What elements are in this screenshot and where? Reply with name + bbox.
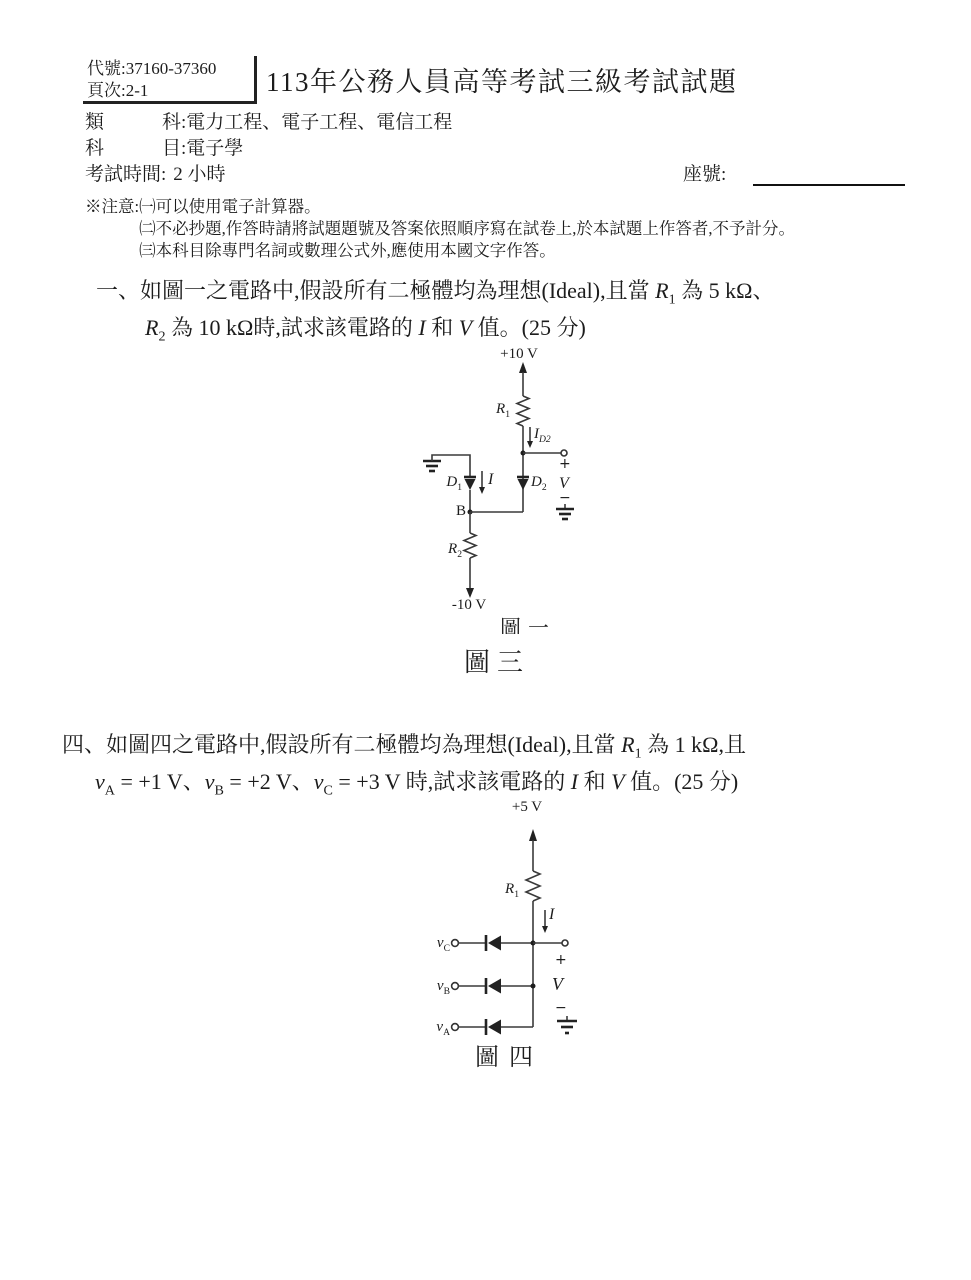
math-sub: C bbox=[323, 782, 332, 798]
math-var: v bbox=[205, 769, 215, 794]
category-row: 類科:電力工程、電子工程、電信工程 bbox=[85, 107, 452, 134]
text-run: = +3 V 時,試求該電路的 bbox=[333, 769, 571, 794]
diode-d1-label: D1 bbox=[444, 474, 462, 491]
supply-voltage-label: +10 V bbox=[489, 346, 549, 363]
time-row: 考試時間:2 小時 bbox=[85, 159, 226, 186]
math-sub: 2 bbox=[542, 482, 547, 493]
question-1-line-2: R2 為 10 kΩ時,試求該電路的 I 和 V 值。(25 分) bbox=[96, 309, 774, 346]
math-sub: 1 bbox=[635, 745, 642, 761]
resistor-icon bbox=[517, 396, 529, 426]
supply-voltage-label: -10 V bbox=[439, 597, 499, 614]
math-var: D bbox=[446, 474, 457, 490]
ground-icon bbox=[556, 509, 574, 519]
math-var: V bbox=[611, 769, 624, 794]
text-run: 值。(25 分) bbox=[472, 315, 586, 340]
text-run: = +2 V、 bbox=[224, 769, 314, 794]
text-run: 類 bbox=[85, 107, 104, 134]
notice-list: ㈠可以使用電子計算器。 ㈡不必抄題,作答時請將試題題號及答案依照順序寫在試卷上,… bbox=[139, 196, 795, 262]
terminal-circle bbox=[452, 940, 459, 947]
notice-block: ※注意: ㈠可以使用電子計算器。 ㈡不必抄題,作答時請將試題題號及答案依照順序寫… bbox=[85, 196, 795, 262]
text-run: 一、如圖一之電路中,假設所有二極體均為理想(Ideal),且當 bbox=[96, 278, 655, 303]
current-id2-label: ID2 bbox=[534, 426, 551, 443]
math-sub: 1 bbox=[505, 409, 510, 420]
arrow-up-icon bbox=[529, 829, 537, 841]
resistor-r1-label: R1 bbox=[485, 881, 519, 898]
resistor-icon bbox=[526, 871, 540, 901]
text-run: 為 1 kΩ,且 bbox=[642, 732, 746, 757]
text-run: 科 bbox=[85, 133, 104, 160]
figure-1-schematic bbox=[400, 344, 615, 689]
math-sub: B bbox=[444, 986, 450, 997]
ground-icon bbox=[423, 461, 441, 471]
time-label: 考試時間: bbox=[85, 164, 166, 185]
ground-icon bbox=[557, 1021, 577, 1033]
math-sub: 2 bbox=[457, 549, 462, 560]
math-sub: B bbox=[215, 782, 224, 798]
resistor-r1-label: R1 bbox=[474, 401, 510, 418]
resistor-r2-label: R2 bbox=[444, 541, 462, 558]
math-var: v bbox=[95, 769, 105, 794]
math-sub: C bbox=[444, 943, 450, 954]
text-run: 科 bbox=[162, 107, 181, 134]
notice-item: ㈢本科目除專門名詞或數理公式外,應使用本國文字作答。 bbox=[139, 240, 795, 262]
page-title: 113年公務人員高等考試三級考試試題 bbox=[266, 60, 738, 99]
category-value: 電力工程、電子工程、電信工程 bbox=[186, 112, 452, 133]
voltage-v-label: V bbox=[552, 975, 563, 995]
figure-4-circuit: +5 V R1 I vC vB vA + V − 圖四 bbox=[410, 794, 600, 1089]
math-sub: D2 bbox=[539, 434, 551, 445]
resistor-icon bbox=[464, 533, 476, 558]
diode-icon bbox=[486, 978, 501, 994]
minus-sign: − bbox=[555, 1001, 567, 1016]
terminal-circle bbox=[452, 983, 459, 990]
math-sub: A bbox=[105, 782, 115, 798]
text-run: 值。(25 分) bbox=[625, 769, 739, 794]
notice-item: ㈡不必抄題,作答時請將試題題號及答案依照順序寫在試卷上,於本試題上作答者,不予計… bbox=[139, 218, 795, 240]
plus-sign: + bbox=[559, 457, 571, 472]
math-sub: 1 bbox=[457, 482, 462, 493]
category-label: 類科 bbox=[85, 107, 181, 134]
supply-voltage-label: +5 V bbox=[497, 799, 557, 816]
text-run: 和 bbox=[426, 315, 459, 340]
math-var: V bbox=[459, 315, 472, 340]
math-sub: 2 bbox=[158, 328, 165, 344]
junction-dot bbox=[531, 984, 536, 989]
subject-row: 科目:電子學 bbox=[85, 133, 243, 160]
time-value: 2 小時 bbox=[173, 164, 225, 185]
math-sub: 1 bbox=[669, 291, 676, 307]
input-vc-label: vC bbox=[420, 935, 450, 952]
text-run: 目 bbox=[162, 133, 181, 160]
figure-1-circuit: +10 V R1 ID2 D1 I D2 B R2 -10 V + V − 圖一… bbox=[400, 344, 615, 689]
diode-icon bbox=[486, 935, 501, 951]
math-var: R bbox=[621, 732, 634, 757]
seat-number-blank bbox=[753, 184, 905, 186]
page-number: 頁次:2-1 bbox=[87, 80, 254, 102]
notice-item: ㈠可以使用電子計算器。 bbox=[139, 196, 795, 218]
question-1-line-1: 一、如圖一之電路中,假設所有二極體均為理想(Ideal),且當 R1 為 5 k… bbox=[96, 272, 774, 309]
text-run: 和 bbox=[578, 769, 611, 794]
arrow-up-icon bbox=[519, 362, 527, 373]
subject-label: 科目 bbox=[85, 133, 181, 160]
math-var: R bbox=[655, 278, 668, 303]
math-var: R bbox=[145, 315, 158, 340]
terminal-circle bbox=[562, 940, 568, 946]
current-i-label: I bbox=[549, 906, 554, 924]
math-var: I bbox=[418, 315, 425, 340]
diode-d2-label: D2 bbox=[531, 474, 547, 491]
exam-page: 代號:37160-37360 頁次:2-1 113年公務人員高等考試三級考試試題… bbox=[0, 0, 971, 1280]
text-run: 為 5 kΩ、 bbox=[676, 278, 775, 303]
seat-number-label: 座號: bbox=[683, 159, 726, 186]
arrow-down-icon bbox=[542, 926, 548, 933]
minus-sign: − bbox=[559, 491, 571, 506]
math-var: R bbox=[496, 401, 505, 417]
subject-value: 電子學 bbox=[186, 138, 243, 159]
text-run: 四、如圖四之電路中,假設所有二極體均為理想(Ideal),且當 bbox=[62, 732, 621, 757]
math-var: v bbox=[437, 978, 444, 994]
notice-prefix: ※注意: bbox=[85, 196, 139, 262]
math-var: R bbox=[448, 541, 457, 557]
header-code-box: 代號:37160-37360 頁次:2-1 bbox=[83, 56, 257, 104]
diode-icon bbox=[486, 1019, 501, 1035]
current-i-label: I bbox=[488, 471, 493, 489]
math-var: R bbox=[505, 881, 514, 897]
diode-icon bbox=[464, 477, 476, 490]
question-4: 四、如圖四之電路中,假設所有二極體均為理想(Ideal),且當 R1 為 1 k… bbox=[62, 726, 746, 800]
figure-1-caption-clipped: 圖一 bbox=[500, 617, 556, 634]
figure-3-caption: 圖三 bbox=[464, 649, 530, 678]
math-var: D bbox=[531, 474, 542, 490]
figure-4-caption: 圖四 bbox=[475, 1045, 543, 1071]
question-1: 一、如圖一之電路中,假設所有二極體均為理想(Ideal),且當 R1 為 5 k… bbox=[96, 272, 774, 346]
terminal-circle bbox=[452, 1024, 459, 1031]
arrow-down-icon bbox=[527, 441, 533, 448]
node-b-label: B bbox=[452, 503, 466, 520]
arrow-down-icon bbox=[479, 487, 485, 494]
math-var: v bbox=[437, 935, 444, 951]
plus-sign: + bbox=[555, 953, 567, 968]
exam-code: 代號:37160-37360 bbox=[87, 58, 254, 80]
text-run: 為 10 kΩ時,試求該電路的 bbox=[166, 315, 419, 340]
input-va-label: vA bbox=[420, 1019, 450, 1036]
math-sub: 1 bbox=[514, 889, 519, 900]
question-4-line-2: vA = +1 V、vB = +2 V、vC = +3 V 時,試求該電路的 I… bbox=[62, 763, 746, 800]
text-run: = +1 V、 bbox=[115, 769, 205, 794]
math-sub: A bbox=[443, 1027, 450, 1038]
input-vb-label: vB bbox=[420, 978, 450, 995]
question-4-line-1: 四、如圖四之電路中,假設所有二極體均為理想(Ideal),且當 R1 為 1 k… bbox=[62, 726, 746, 763]
